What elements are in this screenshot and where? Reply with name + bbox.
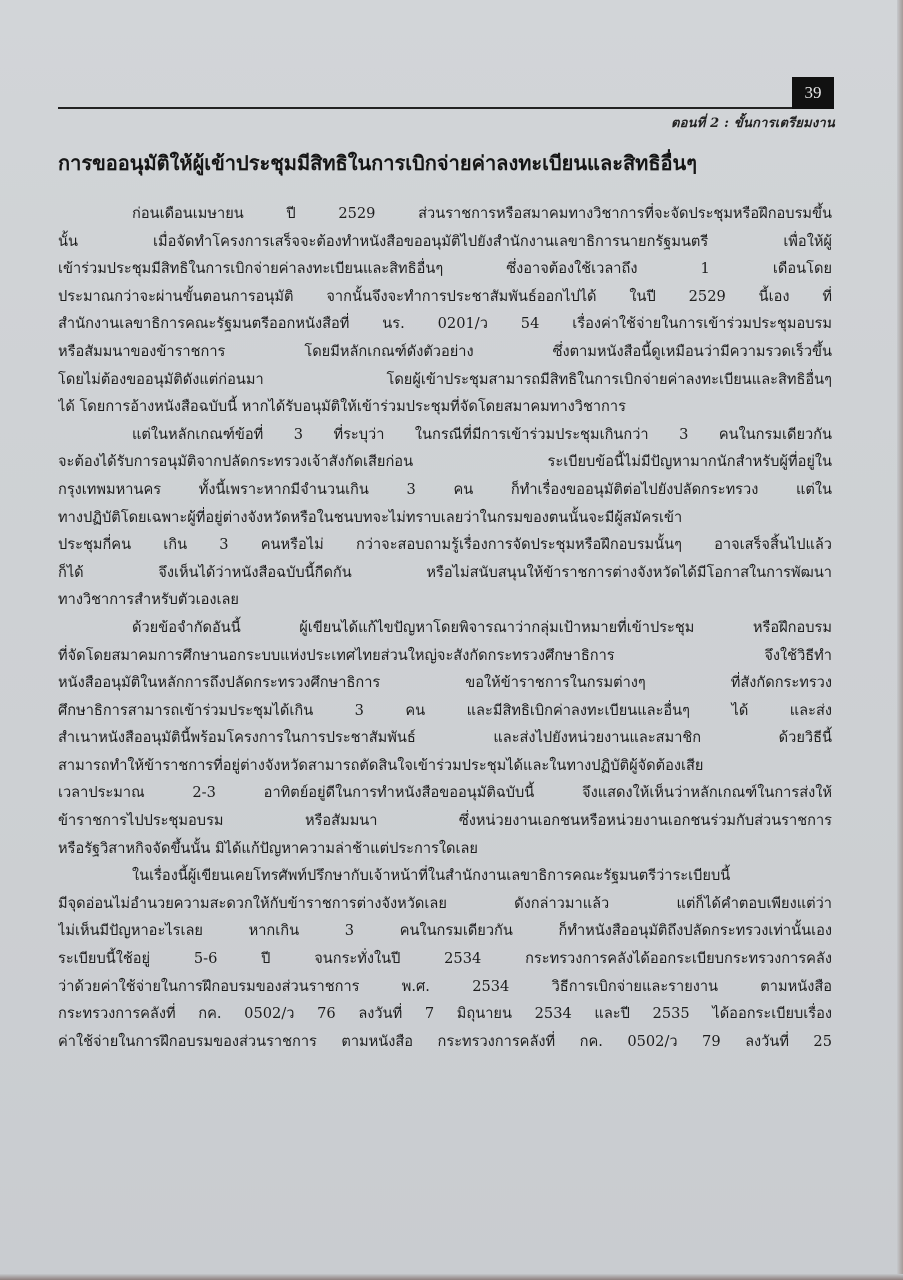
text-line: หนังสืออนุมัติในหลักการถึงปลัดกระทรวงศึก…: [58, 669, 832, 697]
text-line: ที่จัดโดยสมาคมการศึกษานอกระบบแห่งประเทศไ…: [58, 642, 832, 670]
text-line: สำนักงานเลขาธิการคณะรัฐมนตรีออกหนังสือที…: [58, 310, 832, 338]
text-line: ก็ได้ จึงเห็นได้ว่าหนังสือฉบับนี้กีดกัน …: [58, 559, 832, 587]
text-line: ก่อนเดือนเมษายน ปี 2529 ส่วนราชการหรือสม…: [58, 200, 832, 228]
text-line: นั้น เมื่อจัดทำโครงการเสร็จจะต้องทำหนังส…: [58, 228, 832, 256]
running-head: ตอนที่ 2 : ขั้นการเตรียมงาน: [671, 112, 835, 133]
paragraph-3: ด้วยข้อจำกัดอันนี้ ผู้เขียนได้แก้ไขปัญหา…: [58, 614, 832, 862]
text-line: จะต้องได้รับการอนุมัติจากปลัดกระทรวงเจ้า…: [58, 448, 832, 476]
page-number: 39: [792, 77, 834, 109]
text-line: ทางวิชาการสำหรับตัวเองเลย: [58, 586, 832, 614]
body-text: ก่อนเดือนเมษายน ปี 2529 ส่วนราชการหรือสม…: [58, 200, 832, 1055]
text-line: ทางปฏิบัติโดยเฉพาะผู้ที่อยู่ต่างจังหวัดห…: [58, 504, 832, 532]
text-line: ในเรื่องนี้ผู้เขียนเคยโทรศัพท์ปรึกษากับเ…: [58, 862, 832, 890]
text-line: ด้วยข้อจำกัดอันนี้ ผู้เขียนได้แก้ไขปัญหา…: [58, 614, 832, 642]
text-line: กระทรวงการคลังที่ กค. 0502/ว 76 ลงวันที่…: [58, 1000, 832, 1028]
text-line: กรุงเทพมหานคร ทั้งนี้เพราะหากมีจำนวนเกิน…: [58, 476, 832, 504]
page-edge-shadow: [897, 0, 903, 1280]
text-line: หรือรัฐวิสาหกิจจัดขึ้นนั้น มิได้แก้ปัญหา…: [58, 835, 832, 863]
paragraph-2: แต่ในหลักเกณฑ์ข้อที่ 3 ที่ระบุว่า ในกรณี…: [58, 421, 832, 614]
text-line: มีจุดอ่อนไม่อำนวยความสะดวกให้กับข้าราชกา…: [58, 890, 832, 918]
text-line: สำเนาหนังสืออนุมัตินี้พร้อมโครงการในการป…: [58, 724, 832, 752]
text-line: สามารถทำให้ข้าราชการที่อยู่ต่างจังหวัดสา…: [58, 752, 832, 780]
text-line: ข้าราชการไปประชุมอบรม หรือสัมมนา ซึ่งหน่…: [58, 807, 832, 835]
paragraph-4: ในเรื่องนี้ผู้เขียนเคยโทรศัพท์ปรึกษากับเ…: [58, 862, 832, 1055]
text-line: เข้าร่วมประชุมมีสิทธิในการเบิกจ่ายค่าลงท…: [58, 255, 832, 283]
document-page: 39 ตอนที่ 2 : ขั้นการเตรียมงาน การขออนุม…: [0, 0, 903, 1280]
section-title: การขออนุมัติให้ผู้เข้าประชุมมีสิทธิในการ…: [58, 148, 848, 178]
text-line: โดยไม่ต้องขออนุมัติดังแต่ก่อนมา โดยผู้เข…: [58, 366, 832, 394]
text-line: ระเบียบนี้ใช้อยู่ 5-6 ปี จนกระทั่งในปี 2…: [58, 945, 832, 973]
page-edge-shadow-bottom: [0, 1274, 903, 1280]
text-line: แต่ในหลักเกณฑ์ข้อที่ 3 ที่ระบุว่า ในกรณี…: [58, 421, 832, 449]
text-line: ไม่เห็นมีปัญหาอะไรเลย หากเกิน 3 คนในกรมเ…: [58, 917, 832, 945]
paragraph-1: ก่อนเดือนเมษายน ปี 2529 ส่วนราชการหรือสม…: [58, 200, 832, 421]
text-line: ศึกษาธิการสามารถเข้าร่วมประชุมได้เกิน 3 …: [58, 697, 832, 725]
text-line: เวลาประมาณ 2-3 อาทิตย์อยู่ดีในการทำหนังส…: [58, 779, 832, 807]
text-line: ว่าด้วยค่าใช้จ่ายในการฝึกอบรมของส่วนราชก…: [58, 973, 832, 1001]
text-line: ประชุมกี่คน เกิน 3 คนหรือไม่ กว่าจะสอบถา…: [58, 531, 832, 559]
text-line: ประมาณกว่าจะผ่านขั้นตอนการอนุมัติ จากนั้…: [58, 283, 832, 311]
header-rule: [58, 107, 794, 109]
text-line: ได้ โดยการอ้างหนังสือฉบับนี้ หากได้รับอน…: [58, 393, 832, 421]
text-line: ค่าใช้จ่ายในการฝึกอบรมของส่วนราชการ ตามห…: [58, 1028, 832, 1056]
text-line: หรือสัมมนาของข้าราชการ โดยมีหลักเกณฑ์ดัง…: [58, 338, 832, 366]
